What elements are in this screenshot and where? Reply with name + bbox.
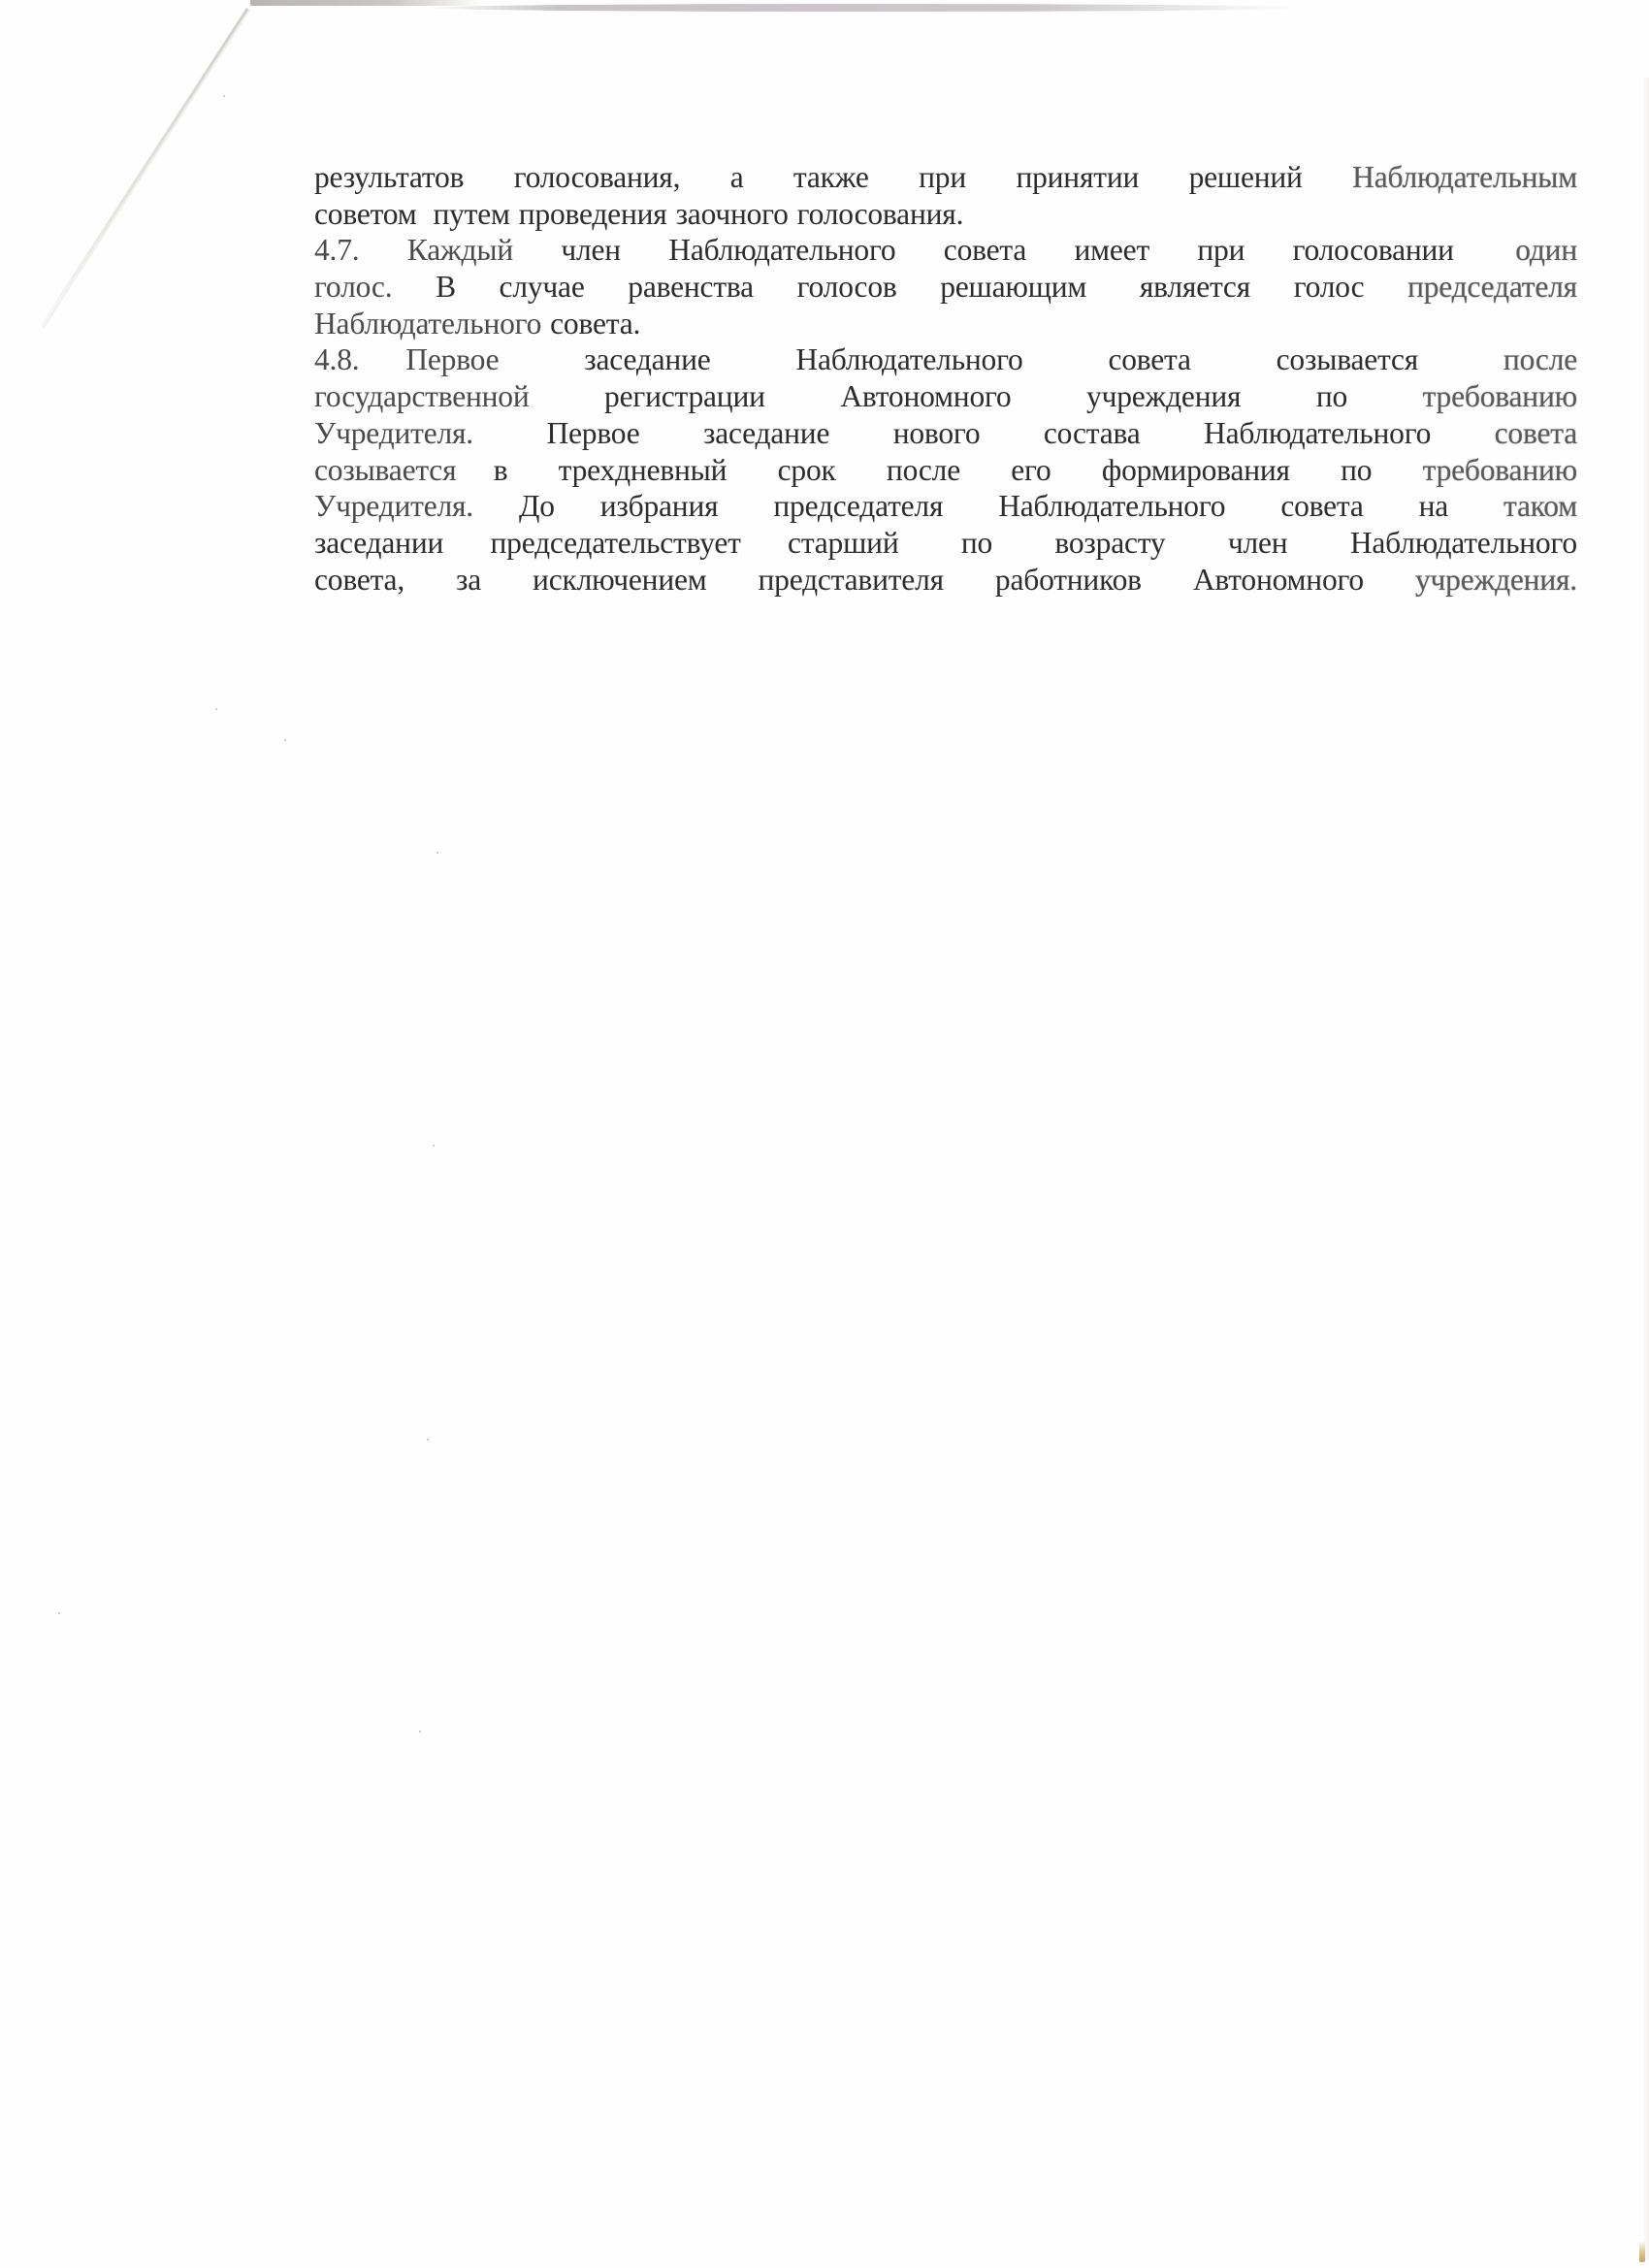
word: на	[1419, 488, 1448, 525]
text-line: заседании председательствует старший по …	[314, 525, 1577, 562]
word: Наблюдательным	[1352, 159, 1577, 196]
word: голос	[1294, 269, 1365, 306]
word: в	[494, 452, 508, 489]
scan-speck	[215, 708, 217, 710]
word: председателя	[1407, 269, 1577, 306]
word: председателя	[773, 488, 943, 525]
word: Каждый	[407, 232, 513, 269]
paragraph-continuation: результатов голосования, а также при при…	[314, 159, 1577, 232]
text-line: государственной регистрации Автономного …	[314, 378, 1577, 415]
word: совета	[1495, 415, 1577, 452]
scan-speck	[433, 1145, 435, 1147]
word: член	[1228, 525, 1288, 562]
page-fold-mark	[41, 8, 249, 327]
word: представителя	[759, 562, 944, 599]
clause-4-7: 4.7. Каждый член Наблюдательного совета …	[314, 232, 1577, 341]
text-line: голос. В случае равенства голосов решающ…	[314, 269, 1577, 306]
word: учреждения.	[1415, 562, 1577, 599]
clause-number: 4.7.	[314, 232, 359, 269]
text-line: результатов голосования, а также при при…	[314, 159, 1577, 196]
word: при	[919, 159, 966, 196]
word: совета	[1280, 488, 1363, 525]
word: при	[1197, 232, 1245, 269]
word: Первое	[405, 341, 499, 378]
word: голосования,	[514, 159, 681, 196]
word: состава	[1044, 415, 1141, 452]
word: Наблюдательного	[1204, 415, 1431, 452]
word: также	[793, 159, 869, 196]
word: один	[1515, 232, 1577, 269]
word: Наблюдательного	[668, 232, 895, 269]
word: является	[1140, 269, 1250, 306]
word: Учредителя.	[314, 415, 473, 452]
word: созывается	[1277, 341, 1418, 378]
word: Наблюдательного	[795, 341, 1022, 378]
scan-speck	[436, 852, 438, 854]
scan-speck	[58, 1612, 60, 1614]
word: результатов	[314, 159, 464, 196]
word: требованию	[1423, 452, 1577, 489]
word: трехдневный	[559, 452, 727, 489]
word: Наблюдательного	[1350, 525, 1577, 562]
word: совета.	[550, 306, 640, 342]
word: его	[1011, 452, 1051, 489]
word: формирования	[1102, 452, 1290, 489]
text-line: совета, за исключением представителя раб…	[314, 562, 1577, 599]
word: Первое	[546, 415, 639, 452]
clause-4-8: 4.8. Первое заседание Наблюдательного со…	[314, 341, 1577, 598]
clause-number: 4.8.	[314, 341, 359, 378]
word: требованию	[1423, 378, 1577, 415]
scan-artifact	[1639, 2241, 1645, 2262]
word: имеет	[1074, 232, 1149, 269]
word: случае	[500, 269, 585, 306]
word: решающим	[940, 269, 1086, 306]
scan-speck	[284, 739, 286, 741]
word: Наблюдательного	[314, 306, 541, 342]
text-line: Учредителя. До избрания председателя Наб…	[314, 488, 1577, 525]
word: избрания	[600, 488, 719, 525]
word: заседание	[584, 341, 710, 378]
word: голосования.	[797, 196, 964, 233]
word: заседание	[703, 415, 829, 452]
word: голосов	[797, 269, 897, 306]
word: решений	[1189, 159, 1303, 196]
word: голос.	[314, 269, 392, 306]
word: нового	[893, 415, 981, 452]
word: исключением	[533, 562, 706, 599]
word: заочного	[676, 196, 789, 233]
text-line: советом путем проведения заочного голосо…	[314, 196, 1577, 233]
word: по	[1316, 378, 1347, 415]
word: срок	[778, 452, 836, 489]
word: за	[456, 562, 481, 599]
word: а	[730, 159, 744, 196]
page-edge-shadow	[1643, 78, 1649, 2260]
document-body: результатов голосования, а также при при…	[314, 159, 1577, 598]
word: возрасту	[1054, 525, 1165, 562]
word: заседании	[314, 525, 443, 562]
word: До	[519, 488, 555, 525]
word: работников	[995, 562, 1142, 599]
word: по	[961, 525, 992, 562]
scan-speck	[427, 1439, 429, 1441]
word: Автономного	[1193, 562, 1364, 599]
word: совета,	[314, 562, 404, 599]
scanner-edge-shadow	[427, 4, 1300, 12]
word: Наблюдательного	[998, 488, 1225, 525]
word: после	[887, 452, 960, 489]
word: член	[561, 232, 621, 269]
text-line: Учредителя. Первое заседание нового сост…	[314, 415, 1577, 452]
word: учреждения	[1086, 378, 1241, 415]
word: председательствует	[491, 525, 741, 562]
word: голосовании	[1293, 232, 1454, 269]
word: старший	[788, 525, 898, 562]
word: В	[436, 269, 456, 306]
word: советом	[314, 196, 416, 233]
word: совета	[944, 232, 1026, 269]
word: Учредителя.	[314, 488, 473, 525]
word: принятии	[1016, 159, 1139, 196]
word: созывается	[314, 452, 456, 489]
scanner-edge-shadow	[250, 0, 483, 6]
word: равенства	[628, 269, 754, 306]
scanned-page: результатов голосования, а также при при…	[0, 0, 1649, 2268]
text-line: созывается в трехдневный срок после его …	[314, 452, 1577, 489]
scan-speck	[223, 95, 225, 97]
text-line: 4.7. Каждый член Наблюдательного совета …	[314, 232, 1577, 269]
text-line: Наблюдательного совета.	[314, 306, 1577, 342]
word: путем	[433, 196, 509, 233]
word: государственной	[314, 378, 530, 415]
word: проведения	[519, 196, 667, 233]
word: по	[1341, 452, 1372, 489]
word: регистрации	[604, 378, 765, 415]
text-line: 4.8. Первое заседание Наблюдательного со…	[314, 341, 1577, 378]
word: Автономного	[840, 378, 1011, 415]
word: таком	[1503, 488, 1577, 525]
word: совета	[1108, 341, 1190, 378]
scan-speck	[419, 1731, 421, 1733]
word: после	[1503, 341, 1577, 378]
